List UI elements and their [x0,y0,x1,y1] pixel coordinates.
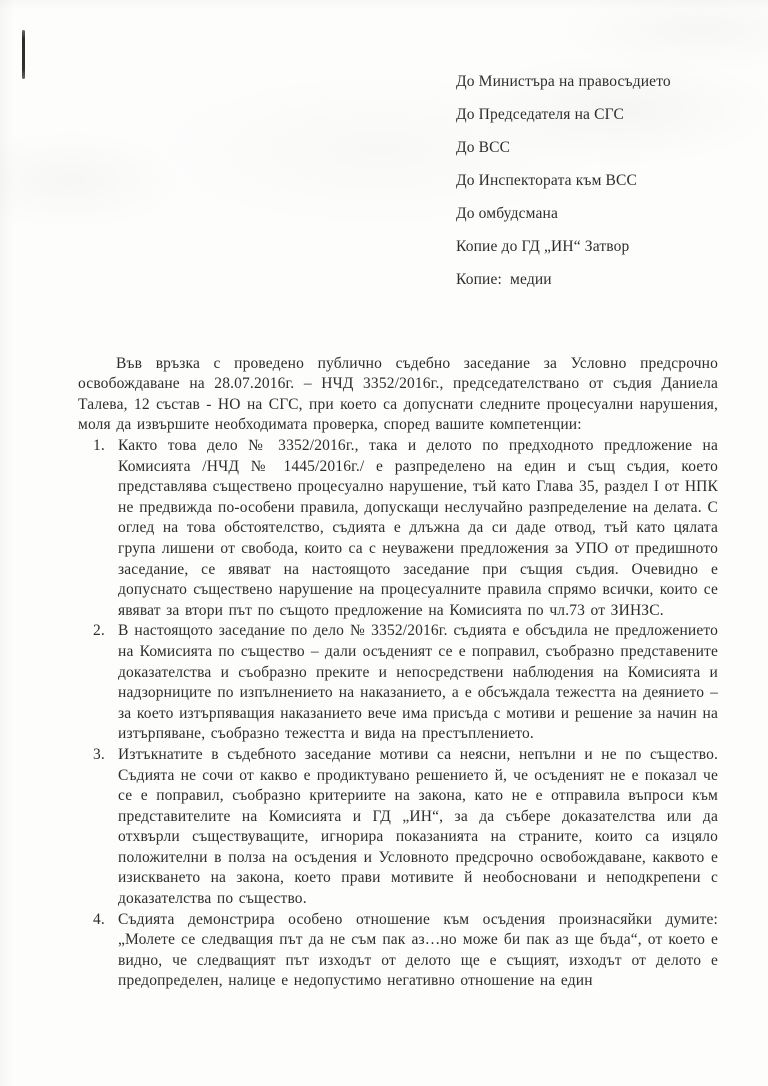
addressee-line: До Министъра на правосъдието [456,72,671,92]
addressee-line: До ВСС [456,138,671,158]
complaints-list: 1. Както това дело № 3352/2016г., така и… [78,436,718,992]
complaint-item-2: 2. В настоящото заседание по дело № 3352… [78,621,718,745]
item-text: Както това дело № 3352/2016г., така и де… [118,437,718,619]
addressee-line-copy-media: Копие: медии [456,270,671,290]
item-number: 2. [93,621,105,642]
addressee-line: До омбудсмана [456,204,671,224]
addressee-line: До Инспектората към ВСС [456,171,671,191]
addressee-line: До Председателя на СГС [456,105,671,125]
item-number: 4. [93,910,105,931]
handwritten-pen-mark [22,30,25,79]
complaint-item-3: 3. Изтъкнатите в съдебното заседание мот… [78,745,718,910]
intro-paragraph: Във връзка с проведено публично съдебно … [78,354,718,436]
item-number: 3. [93,745,105,766]
item-number: 1. [93,436,105,457]
item-text: Съдията демонстрира особено отношение къ… [118,911,718,990]
addressee-line-copy-prison: Копие до ГД „ИН“ Затвор [456,237,671,257]
item-text: Изтъкнатите в съдебното заседание мотиви… [118,746,718,907]
complaint-item-1: 1. Както това дело № 3352/2016г., така и… [78,436,718,621]
item-text: В настоящото заседание по дело № 3352/20… [118,622,718,742]
complaint-item-4: 4. Съдията демонстрира особено отношение… [78,910,718,992]
addressee-block: До Министъра на правосъдието До Председа… [456,72,671,303]
scanned-letter-page: До Министъра на правосъдието До Председа… [0,0,768,1086]
